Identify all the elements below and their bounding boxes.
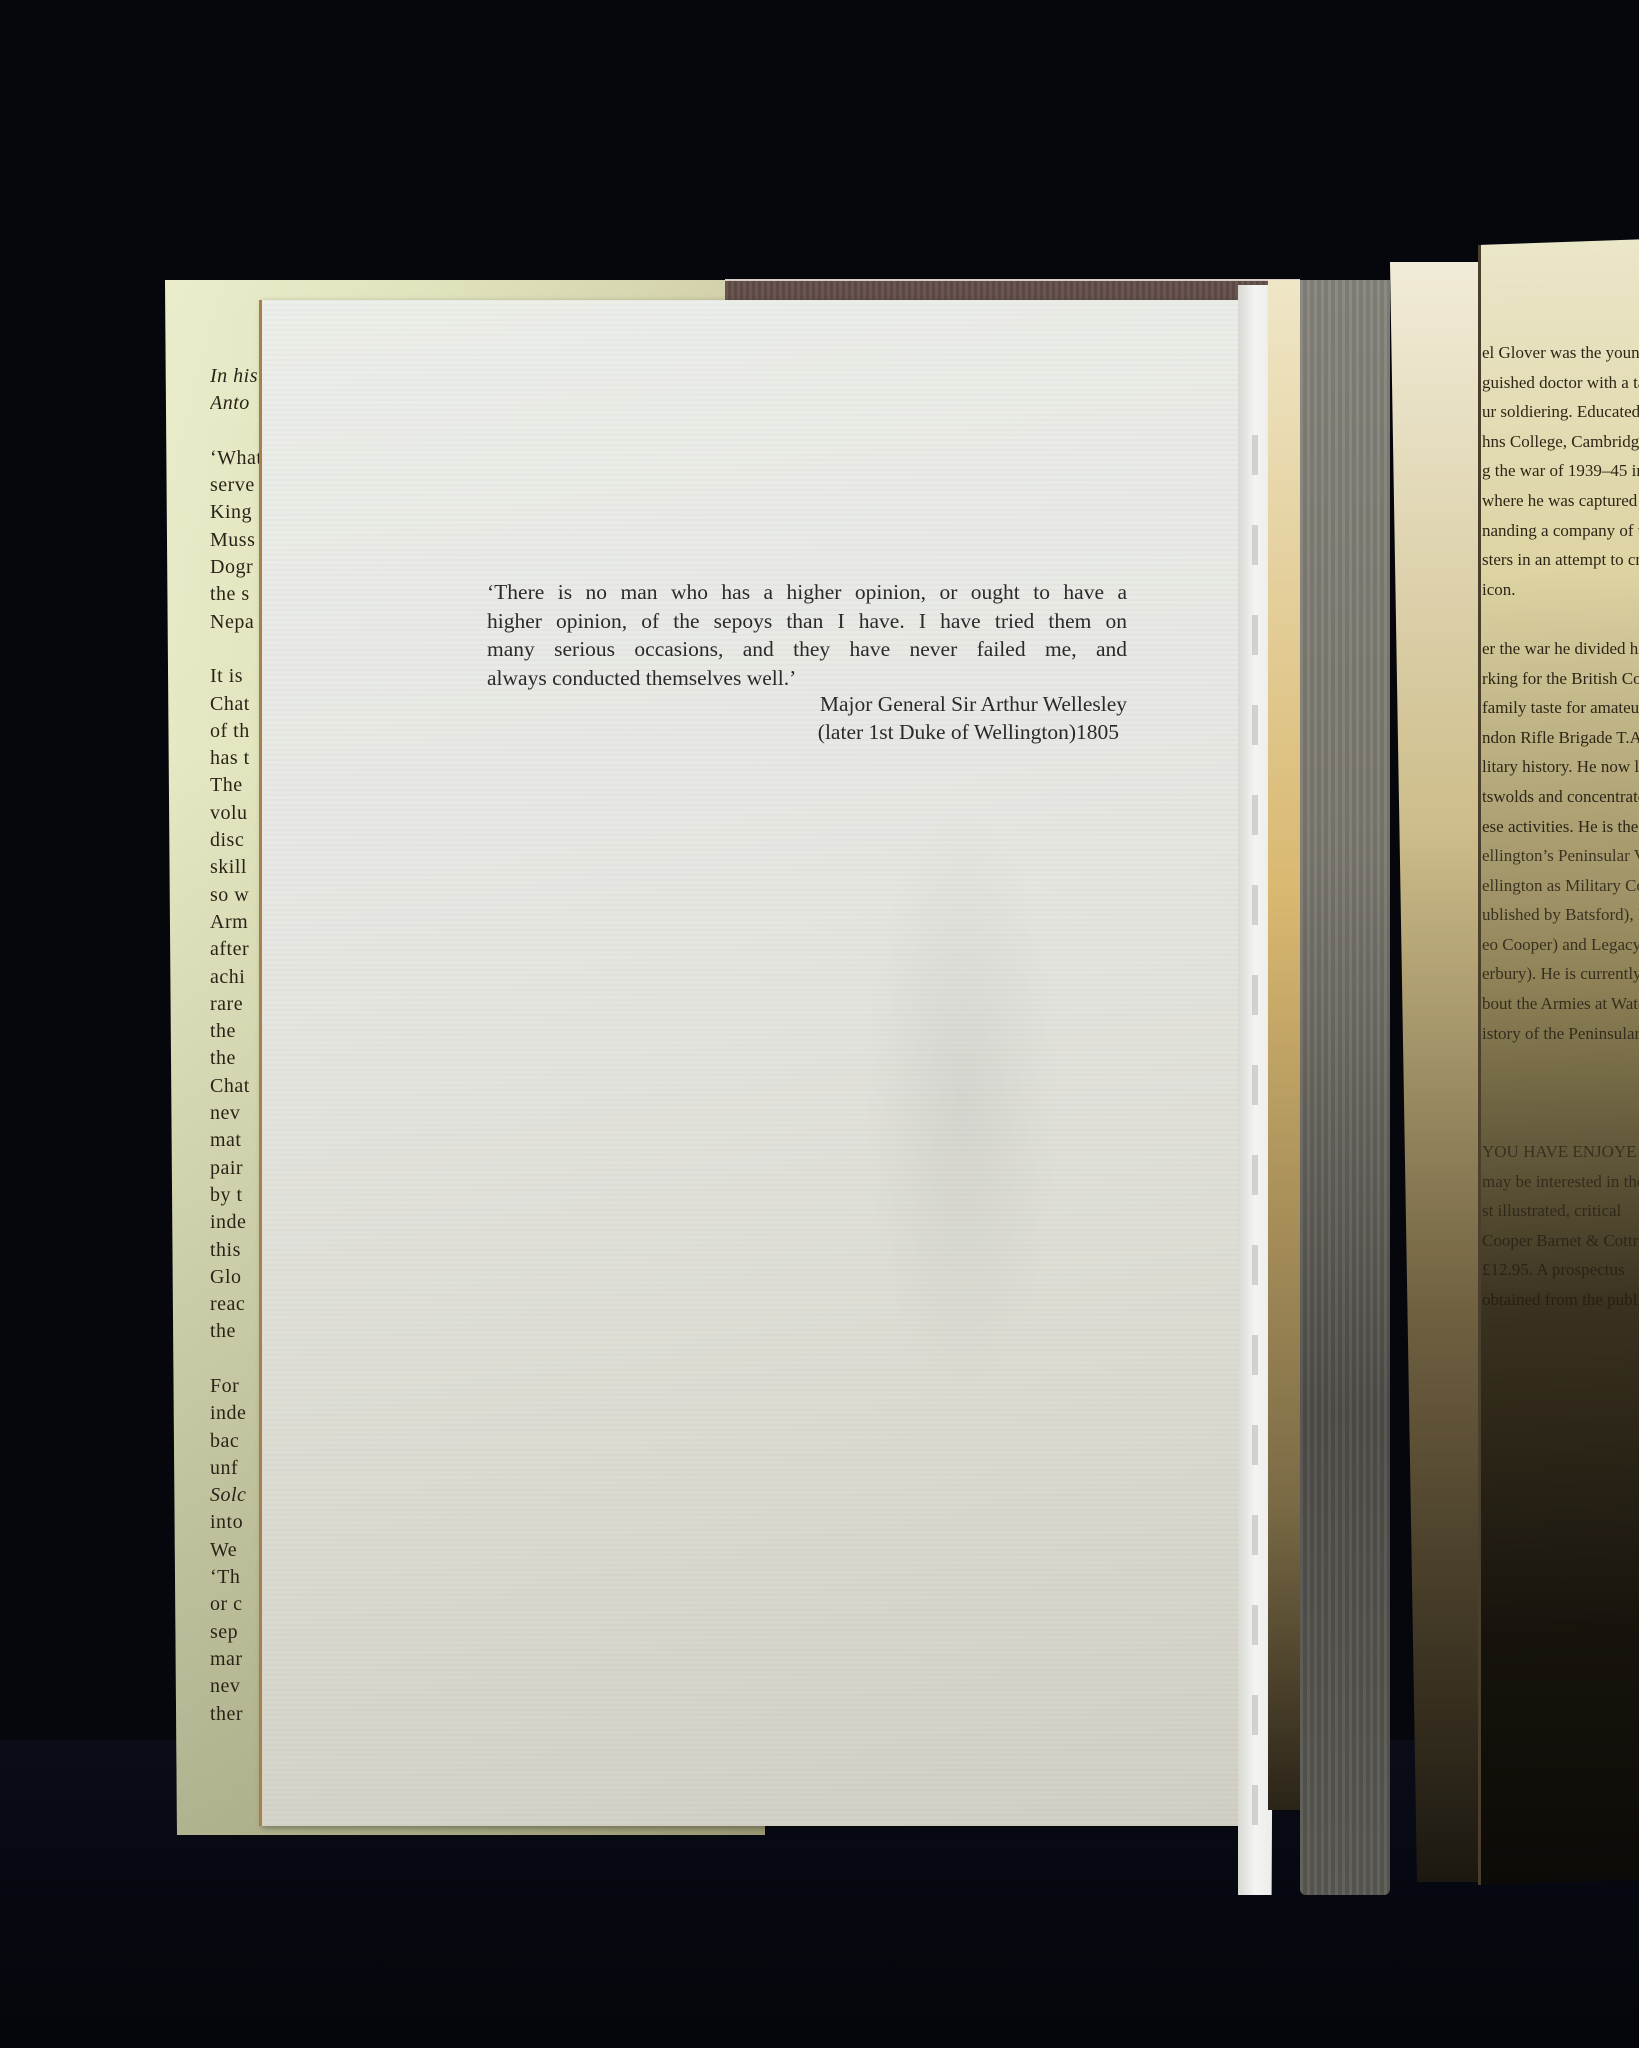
left-flap-line: mat [210,1127,260,1154]
right-flap-line: ellington as Military Com [1482,871,1639,901]
quote-line: higher opinion, of the sepoys than I hav… [487,607,1127,636]
right-flap-line: erbury). He is currently [1482,959,1639,989]
right-flap-line: g the war of 1939–45 in [1482,456,1639,486]
left-flap-line: Glo [210,1264,260,1291]
left-flap-line: achi [210,964,260,991]
left-flap-text: In hisAnto‘WhatserveKingMussDogrthe sNep… [210,363,260,1728]
quote-line: many serious occasions, and they have ne… [487,635,1127,664]
left-flap-line: Arm [210,909,260,936]
right-flap-line: YOU HAVE ENJOYE [1482,1137,1639,1167]
left-flap-line: Chat [210,1073,260,1100]
left-flap-line: ther [210,1701,260,1728]
left-flap-line: rare [210,991,260,1018]
left-flap-line: disc [210,827,260,854]
page-block-edges [1300,280,1390,1895]
left-flap-line: mar [210,1646,260,1673]
right-flap-line: Cooper Barnet & Cottrel [1482,1226,1639,1256]
left-flap-line: has t [210,745,260,772]
left-flap-line: volu [210,800,260,827]
right-flap-line: ublished by Batsford), B [1482,900,1639,930]
right-flap-line: nanding a company of th [1482,516,1639,546]
left-flap-line: We [210,1537,260,1564]
left-flap-line: into [210,1509,260,1536]
quote-attribution: Major General Sir Arthur Wellesley (late… [487,690,1127,746]
right-flap-line: istory of the Peninsular [1482,1019,1639,1049]
left-flap-line: Dogr [210,554,260,581]
right-flap-line: may be interested in the [1482,1167,1639,1197]
epigraph-page: ‘There is no man who has a higher opinio… [262,300,1240,1826]
right-flap-line [1482,604,1639,634]
attribution-title-year: (later 1st Duke of Wellington)1805 [487,718,1127,746]
right-flap-line: litary history. He now liv [1482,752,1639,782]
right-flap-line: where he was captured [1482,486,1639,516]
left-flap-line: the [210,1045,260,1072]
left-flap-line: unf [210,1455,260,1482]
epigraph-quote: ‘There is no man who has a higher opinio… [487,578,1127,693]
right-flap-line: el Glover was the young [1482,338,1639,368]
left-flap-line [210,636,260,663]
left-flap-line: the s [210,581,260,608]
right-endpaper [1390,262,1480,1882]
left-flap-line: this [210,1237,260,1264]
left-flap-line: serve [210,472,260,499]
left-flap-line: reac [210,1291,260,1318]
left-flap-line: In his [210,363,260,390]
left-flap-line: of th [210,718,260,745]
left-flap-line: ‘What [210,445,260,472]
right-flap-line: icon. [1482,575,1639,605]
right-flap-line: family taste for amateur [1482,693,1639,723]
attribution-name: Major General Sir Arthur Wellesley [487,690,1127,718]
right-flap-line: tswolds and concentrates [1482,782,1639,812]
left-flap-line: the [210,1318,260,1345]
left-flap-line: pair [210,1155,260,1182]
left-flap-line: It is [210,663,260,690]
left-flap-line: or c [210,1591,260,1618]
right-flap-line: ellington’s Peninsular Vi [1482,841,1639,871]
right-flap-line: £12.95. A prospectus [1482,1255,1639,1285]
right-flap-line: ese activities. He is the a [1482,812,1639,842]
right-flap-line: ur soldiering. Educated [1482,397,1639,427]
left-flap-line: King [210,499,260,526]
right-flap-line: sters in an attempt to cr [1482,545,1639,575]
left-flap-line: Anto [210,390,260,417]
book-photo-scene: In hisAnto‘WhatserveKingMussDogrthe sNep… [0,0,1639,2048]
right-flap-line: rking for the British Cou [1482,664,1639,694]
left-flap-line: bac [210,1428,260,1455]
left-flap-line: Chat [210,691,260,718]
quote-line: ‘There is no man who has a higher opinio… [487,578,1127,607]
right-flap-line: er the war he divided his [1482,634,1639,664]
left-flap-line: inde [210,1400,260,1427]
quote-line: always conducted themselves well.’ [487,664,1127,693]
left-flap-line: nev [210,1100,260,1127]
right-flap-line: obtained from the publish [1482,1285,1639,1315]
right-flap-line: st illustrated, critical [1482,1196,1639,1226]
left-flap-line: after [210,936,260,963]
right-flap-line: eo Cooper) and Legacy o [1482,930,1639,960]
left-flap-line: sep [210,1619,260,1646]
left-flap-line: Solc [210,1482,260,1509]
right-flap-line: guished doctor with a ta [1482,368,1639,398]
left-flap-line: skill [210,854,260,881]
left-flap-line: ‘Th [210,1564,260,1591]
left-flap-line: Nepa [210,609,260,636]
right-flap-line: hns College, Cambridge, [1482,427,1639,457]
right-flap-line: ndon Rifle Brigade T.A. a [1482,723,1639,753]
left-flap-line: nev [210,1673,260,1700]
left-flap-line: The [210,772,260,799]
left-flap-line [210,1346,260,1373]
right-flap-line: bout the Armies at Wate [1482,989,1639,1019]
left-flap-line: by t [210,1182,260,1209]
left-flap-line [210,418,260,445]
right-flap-author-bio: el Glover was the youngguished doctor wi… [1482,338,1639,1315]
right-flap-line [1482,1107,1639,1137]
right-flap-line [1482,1078,1639,1108]
show-through-text [1252,435,1258,1835]
left-flap-line: Muss [210,527,260,554]
left-flap-line: the [210,1018,260,1045]
left-flap-line: inde [210,1209,260,1236]
right-flap-line [1482,1048,1639,1078]
left-flap-line: so w [210,882,260,909]
left-flap-line: For [210,1373,260,1400]
